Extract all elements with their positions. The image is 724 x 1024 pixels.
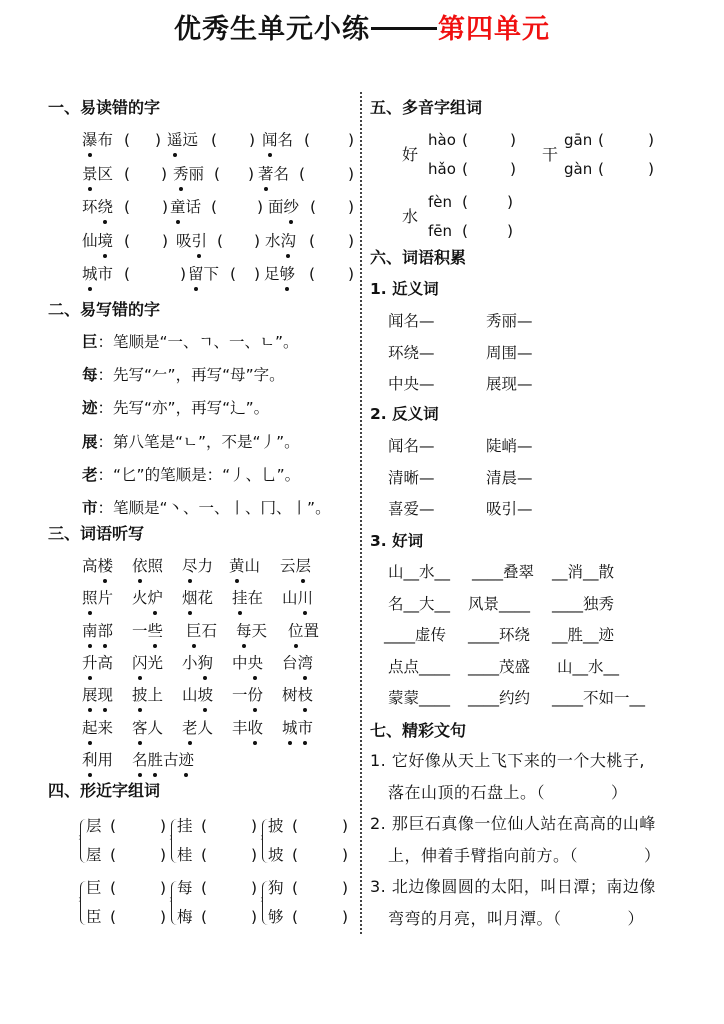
emphasized-char: 照 <box>82 587 98 609</box>
answer-paren-close: ) <box>251 844 257 866</box>
title-main: 优秀生单元小练 <box>174 14 370 45</box>
dictation-word: 树枝 <box>282 684 313 706</box>
similar-char: 桂 <box>177 844 193 866</box>
section-3-heading: 三、词语听写 <box>48 523 144 545</box>
emphasized-char: 收 <box>248 717 264 739</box>
section-1-row: 仙境()吸引()水沟() <box>0 230 360 254</box>
char: 水 <box>265 230 281 252</box>
answer-paren-open: ( <box>211 196 217 218</box>
char: 高 <box>98 652 114 674</box>
antonym-item[interactable]: 陡峭— <box>486 435 533 457</box>
answer-blank[interactable] <box>118 877 158 899</box>
answer-paren-open: ( <box>124 196 130 218</box>
char: 光 <box>148 652 164 674</box>
synonym-item[interactable]: 秀丽— <box>486 310 533 332</box>
answer-paren-close: ) <box>160 844 166 866</box>
stroke-note: 老：“匕”的笔顺是：“丿、乚”。 <box>82 464 300 486</box>
stroke-note: 市：笔顺是“丶、一、丨、冂、丨”。 <box>82 497 331 519</box>
char: 环 <box>82 196 98 218</box>
answer-blank[interactable] <box>317 263 348 285</box>
emphasized-char: 境 <box>98 230 114 252</box>
dotted-word: 环绕 <box>82 196 113 218</box>
good-word-item[interactable]: __消__散 <box>552 561 614 583</box>
char: 山 <box>182 684 198 706</box>
pinyin-label: hào <box>428 129 456 151</box>
answer-paren-close: ) <box>342 815 348 837</box>
answer-blank[interactable] <box>300 844 340 866</box>
answer-blank[interactable] <box>118 815 158 837</box>
dictation-word: 台湾 <box>282 652 313 674</box>
pinyin-label: gàn <box>564 158 592 180</box>
emphasized-char: 黄 <box>229 555 245 577</box>
answer-paren-close: ) <box>348 263 354 285</box>
answer-paren-open: ( <box>201 815 207 837</box>
sentence-line: 3. 北边像圆圆的太阳，叫日潭；南边像 <box>370 876 656 898</box>
emphasized-char: 巨 <box>186 620 202 642</box>
answer-paren-close: ) <box>342 844 348 866</box>
dotted-word: 水沟 <box>265 230 296 252</box>
stroke-char: 巨 <box>82 333 98 351</box>
char: 名 <box>274 163 290 185</box>
page-title: 优秀生单元小练第四单元 <box>0 12 724 48</box>
good-word-item[interactable]: __胜__迹 <box>552 624 614 646</box>
char: 花 <box>198 587 214 609</box>
answer-blank[interactable] <box>209 906 249 928</box>
good-word-item[interactable]: ____独秀 <box>552 593 614 615</box>
dictation-word: 起来 <box>82 717 113 739</box>
synonym-item[interactable]: 环绕— <box>388 342 435 364</box>
stroke-text: ：笔顺是“丶、一、丨、冂、丨”。 <box>98 499 331 517</box>
answer-paren-open: ( <box>211 129 217 151</box>
dictation-word: 升高 <box>82 652 113 674</box>
similar-char-item: 狗() <box>268 877 354 899</box>
dictation-word: 尽力 <box>182 555 213 577</box>
dictation-word: 闪光 <box>132 652 163 674</box>
dictation-word: 南部 <box>82 620 113 642</box>
stroke-text: ：先写“𠂉”，再写“母”字。 <box>98 366 285 384</box>
good-word-item[interactable]: 名__大__ <box>388 593 450 615</box>
dictation-row: 起来客人老人丰收城市 <box>0 717 360 741</box>
good-word-item[interactable]: ____虚传 <box>384 624 446 646</box>
good-word-item[interactable]: ____茂盛 <box>468 656 530 678</box>
char: 置 <box>304 620 320 642</box>
char: 在 <box>248 587 264 609</box>
answer-blank[interactable] <box>238 263 254 285</box>
synonym-item[interactable]: 展现— <box>486 373 533 395</box>
answer-paren-close: ) <box>254 230 260 252</box>
dictation-word: 高楼 <box>82 555 113 577</box>
answer-paren-close: ) <box>162 196 168 218</box>
dictation-word: 位置 <box>288 620 319 642</box>
answer-paren-open: ( <box>598 129 604 151</box>
answer-paren-open: ( <box>310 196 316 218</box>
sentence-line-cont: 弯弯的月亮，叫月潭。（ ） <box>388 908 644 930</box>
answer-paren-close: ) <box>160 815 166 837</box>
emphasized-char: 挂 <box>232 587 248 609</box>
emphasized-char: 位 <box>288 620 304 642</box>
answer-paren-open: ( <box>214 163 220 185</box>
dotted-word: 瀑布 <box>82 129 113 151</box>
answer-blank[interactable] <box>209 815 249 837</box>
answer-paren-open: ( <box>292 906 298 928</box>
char: 市 <box>98 263 114 285</box>
char: 远 <box>183 129 199 151</box>
stroke-note: 迹：先写“亦”，再写“辶”。 <box>82 397 269 419</box>
polyphone-char: 水 <box>402 206 418 228</box>
section-7-heading: 七、精彩文句 <box>370 720 466 742</box>
dictation-word: 客人 <box>132 717 163 739</box>
answer-blank[interactable] <box>307 163 348 185</box>
similar-char-item: 挂() <box>177 815 263 837</box>
answer-paren-open: ( <box>110 844 116 866</box>
answer-paren-open: ( <box>124 129 130 151</box>
dictation-word: 山川 <box>282 587 313 609</box>
char: 小 <box>182 652 198 674</box>
similar-char: 狗 <box>268 877 284 899</box>
char: 云 <box>280 555 296 577</box>
char: 足 <box>264 263 280 285</box>
answer-paren-close: ) <box>648 129 654 151</box>
similar-char: 披 <box>268 815 284 837</box>
answer-paren-close: ) <box>254 263 260 285</box>
good-word-item[interactable]: ____环绕 <box>468 624 530 646</box>
dotted-word: 闻名 <box>262 129 293 151</box>
column-divider <box>360 92 362 934</box>
emphasized-char: 炉 <box>148 587 164 609</box>
emphasized-char: 闻 <box>262 129 278 151</box>
stroke-text: ：“匕”的笔顺是：“丿、乚”。 <box>98 466 301 484</box>
char: 人 <box>148 717 164 739</box>
stroke-char: 展 <box>82 433 98 451</box>
good-word-item[interactable]: ____不如一__ <box>552 687 645 709</box>
dictation-row: 升高闪光小狗中央台湾 <box>0 652 360 676</box>
similar-char: 屋 <box>86 844 102 866</box>
emphasized-char: 秀 <box>173 163 189 185</box>
answer-paren-open: ( <box>309 230 315 252</box>
char: 力 <box>198 555 214 577</box>
stroke-text: ：笔顺是“一、ㄱ、一、ㄴ”。 <box>98 333 299 351</box>
answer-paren-open: ( <box>110 815 116 837</box>
char: 下 <box>204 263 220 285</box>
dictation-row: 利用名胜古迹 <box>0 749 360 773</box>
emphasized-char: 城 <box>82 263 98 285</box>
similar-char: 坡 <box>268 844 284 866</box>
good-word-item[interactable]: 点点____ <box>388 656 450 678</box>
answer-blank[interactable] <box>606 129 646 151</box>
answer-paren-close: ) <box>507 220 513 242</box>
similar-char-item: 够() <box>268 906 354 928</box>
stroke-note: 巨：笔顺是“一、ㄱ、一、ㄴ”。 <box>82 331 299 353</box>
dictation-word: 小狗 <box>182 652 213 674</box>
section-1-row: 环绕()童话()面纱() <box>0 196 360 220</box>
similar-char: 每 <box>177 877 193 899</box>
emphasized-char: 尽 <box>182 555 198 577</box>
answer-paren-close: ) <box>248 163 254 185</box>
pinyin-label: fèn <box>428 191 452 213</box>
emphasized-char: 川 <box>298 587 314 609</box>
answer-paren-close: ) <box>510 129 516 151</box>
good-word-item[interactable]: ____叠翠 <box>472 561 534 583</box>
similar-char: 臣 <box>86 906 102 928</box>
emphasized-char: 名 <box>132 749 148 771</box>
dictation-word: 城市 <box>282 717 313 739</box>
char: 天 <box>252 620 268 642</box>
sentence-line-cont: 落在山顶的石盘上。（ ） <box>388 782 628 804</box>
answer-blank[interactable] <box>132 196 162 218</box>
section-1-row: 城市()留下()足够() <box>0 263 360 287</box>
emphasized-char: 部 <box>98 620 114 642</box>
answer-blank[interactable] <box>132 230 162 252</box>
answer-paren-close: ) <box>251 815 257 837</box>
answer-paren-close: ) <box>251 906 257 928</box>
emphasized-char: 些 <box>148 620 164 642</box>
answer-paren-open: ( <box>124 163 130 185</box>
answer-blank[interactable] <box>606 158 646 180</box>
answer-blank[interactable] <box>219 196 257 218</box>
stroke-char: 迹 <box>82 399 98 417</box>
similar-char: 够 <box>268 906 284 928</box>
answer-blank[interactable] <box>132 163 161 185</box>
answer-paren-open: ( <box>292 844 298 866</box>
synonym-item[interactable]: 中央— <box>388 373 435 395</box>
similar-char-item: 每() <box>177 877 263 899</box>
answer-blank[interactable] <box>300 906 340 928</box>
char: 上 <box>148 684 164 706</box>
char: 吸 <box>176 230 192 252</box>
dotted-word: 仙境 <box>82 230 113 252</box>
char: 用 <box>98 749 114 771</box>
answer-blank[interactable] <box>209 877 249 899</box>
emphasized-char: 央 <box>248 652 264 674</box>
answer-paren-open: ( <box>201 877 207 899</box>
dictation-word: 中央 <box>232 652 263 674</box>
dictation-word: 巨石 <box>186 620 217 642</box>
stroke-char: 市 <box>82 499 98 517</box>
dictation-row: 高楼依照尽力黄山云层 <box>0 555 360 579</box>
emphasized-char: 沟 <box>281 230 297 252</box>
emphasized-char: 闪 <box>132 652 148 674</box>
section-5-heading: 五、多音字组词 <box>370 97 482 119</box>
dictation-word: 每天 <box>236 620 267 642</box>
emphasized-char: 童 <box>170 196 186 218</box>
answer-paren-open: ( <box>462 129 468 151</box>
answer-blank[interactable] <box>132 263 180 285</box>
emphasized-char: 现 <box>98 684 114 706</box>
good-word-item[interactable]: 蒙蒙____ <box>388 687 450 709</box>
dictation-word: 照片 <box>82 587 113 609</box>
synonym-item[interactable]: 周围— <box>486 342 533 364</box>
sentence-line-cont: 上，伸着手臂指向前方。（ ） <box>388 845 661 867</box>
emphasized-char: 绕 <box>98 196 114 218</box>
answer-paren-close: ) <box>160 877 166 899</box>
dictation-word: 挂在 <box>232 587 263 609</box>
answer-paren-open: ( <box>292 815 298 837</box>
dictation-word: 火炉 <box>132 587 163 609</box>
emphasized-char: 胜 <box>148 749 164 771</box>
answer-blank[interactable] <box>470 191 505 213</box>
sentence-line: 2. 那巨石真像一位仙人站在高高的山峰 <box>370 813 656 835</box>
similar-char-item: 坡() <box>268 844 354 866</box>
section-6-heading: 六、词语积累 <box>370 247 466 269</box>
answer-paren-open: ( <box>201 906 207 928</box>
pinyin-label: gān <box>564 129 592 151</box>
answer-blank[interactable] <box>470 129 508 151</box>
emphasized-char: 层 <box>296 555 312 577</box>
good-word-item[interactable]: 山__水__ <box>557 656 619 678</box>
similar-char-item: 臣() <box>86 906 172 928</box>
antonym-item[interactable]: 喜爱— <box>388 498 435 520</box>
dictation-word: 云层 <box>280 555 311 577</box>
answer-paren-open: ( <box>304 129 310 151</box>
answer-blank[interactable] <box>118 906 158 928</box>
emphasized-char: 起 <box>82 717 98 739</box>
antonym-item[interactable]: 清晰— <box>388 467 435 489</box>
dictation-word: 名胜古迹 <box>132 749 194 771</box>
similar-char-item: 巨() <box>86 877 172 899</box>
char: 一 <box>232 684 248 706</box>
answer-paren-close: ) <box>160 906 166 928</box>
stroke-note: 展：第八笔是“ㄴ”，不是“丿”。 <box>82 431 300 453</box>
emphasized-char: 披 <box>132 684 148 706</box>
answer-paren-close: ) <box>180 263 186 285</box>
answer-blank[interactable] <box>300 815 340 837</box>
answer-blank[interactable] <box>118 844 158 866</box>
char: 古 <box>163 749 179 771</box>
emphasized-char: 依 <box>132 555 148 577</box>
dictation-word: 黄山 <box>229 555 260 577</box>
emphasized-char: 升 <box>82 652 98 674</box>
answer-paren-close: ) <box>251 877 257 899</box>
dictation-word: 一份 <box>232 684 263 706</box>
dictation-word: 山坡 <box>182 684 213 706</box>
char: 布 <box>98 129 114 151</box>
answer-paren-open: ( <box>598 158 604 180</box>
answer-paren-open: ( <box>124 263 130 285</box>
answer-paren-open: ( <box>292 877 298 899</box>
answer-blank[interactable] <box>225 230 254 252</box>
section-1-row: 瀑布()遥远()闻名() <box>0 129 360 153</box>
char: 火 <box>132 587 148 609</box>
answer-paren-open: ( <box>299 163 305 185</box>
section-1-heading: 一、易读错的字 <box>48 97 160 119</box>
answer-paren-open: ( <box>230 263 236 285</box>
char: 区 <box>98 163 114 185</box>
answer-blank[interactable] <box>300 877 340 899</box>
answer-blank[interactable] <box>470 220 505 242</box>
answer-paren-open: ( <box>124 230 130 252</box>
emphasized-char: 引 <box>192 230 208 252</box>
section-2-heading: 二、易写错的字 <box>48 299 160 321</box>
emphasized-char: 老 <box>182 717 198 739</box>
dictation-word: 依照 <box>132 555 163 577</box>
answer-paren-close: ) <box>342 877 348 899</box>
stroke-text: ：第八笔是“ㄴ”，不是“丿”。 <box>98 433 300 451</box>
char: 一 <box>132 620 148 642</box>
dotted-word: 遥远 <box>167 129 198 151</box>
emphasized-char: 景 <box>82 163 98 185</box>
synonym-item[interactable]: 闻名— <box>388 310 435 332</box>
dictation-word: 烟花 <box>182 587 213 609</box>
dotted-word: 留下 <box>188 263 219 285</box>
emphasized-char: 湾 <box>298 652 314 674</box>
char: 山 <box>245 555 261 577</box>
answer-paren-close: ) <box>161 163 167 185</box>
answer-paren-close: ) <box>162 230 168 252</box>
answer-paren-open: ( <box>201 844 207 866</box>
answer-blank[interactable] <box>132 129 155 151</box>
dotted-word: 著名 <box>258 163 289 185</box>
emphasized-char: 著 <box>258 163 274 185</box>
emphasized-char: 份 <box>248 684 264 706</box>
char: 丰 <box>232 717 248 739</box>
section-4-heading: 四、形近字组词 <box>48 780 160 802</box>
emphasized-char: 坡 <box>198 684 214 706</box>
synonyms-label: 1. 近义词 <box>370 278 439 300</box>
char: 树 <box>282 684 298 706</box>
char: 丽 <box>189 163 205 185</box>
dictation-row: 南部一些巨石每天位置 <box>0 620 360 644</box>
emphasized-char: 楼 <box>98 555 114 577</box>
similar-char: 巨 <box>86 877 102 899</box>
dotted-word: 足够 <box>264 263 295 285</box>
char: 高 <box>82 555 98 577</box>
answer-paren-close: ) <box>348 129 354 151</box>
emphasized-char: 枝 <box>298 684 314 706</box>
char: 片 <box>98 587 114 609</box>
dictation-row: 照片火炉烟花挂在山川 <box>0 587 360 611</box>
dictation-word: 展现 <box>82 684 113 706</box>
emphasized-char: 客 <box>132 717 148 739</box>
answer-blank[interactable] <box>318 196 348 218</box>
answer-blank[interactable] <box>317 230 348 252</box>
answer-paren-open: ( <box>217 230 223 252</box>
char: 石 <box>202 620 218 642</box>
emphasized-char: 展 <box>82 684 98 706</box>
emphasized-char: 狗 <box>198 652 214 674</box>
emphasized-char: 留 <box>188 263 204 285</box>
section-1-row: 景区()秀丽()著名() <box>0 163 360 187</box>
answer-paren-open: ( <box>110 877 116 899</box>
answer-blank[interactable] <box>209 844 249 866</box>
antonym-item[interactable]: 清晨— <box>486 467 533 489</box>
answer-paren-open: ( <box>462 220 468 242</box>
answer-blank[interactable] <box>312 129 348 151</box>
stroke-note: 每：先写“𠂉”，再写“母”字。 <box>82 364 285 386</box>
char: 山 <box>282 587 298 609</box>
pinyin-label: hǎo <box>428 158 456 180</box>
antonym-item[interactable]: 吸引— <box>486 498 533 520</box>
emphasized-char: 够 <box>280 263 296 285</box>
answer-paren-close: ) <box>257 196 263 218</box>
polyphone-char: 好 <box>402 144 418 166</box>
answer-paren-close: ) <box>155 129 161 151</box>
answer-blank[interactable] <box>222 163 248 185</box>
antonym-item[interactable]: 闻名— <box>388 435 435 457</box>
good-word-item[interactable]: 风景____ <box>468 593 530 615</box>
char: 中 <box>232 652 248 674</box>
good-word-item[interactable]: 山__水__ <box>388 561 450 583</box>
dictation-row: 展现披上山坡一份树枝 <box>0 684 360 708</box>
answer-blank[interactable] <box>470 158 508 180</box>
answer-paren-close: ) <box>507 191 513 213</box>
good-word-item[interactable]: ____约约 <box>468 687 530 709</box>
dotted-word: 吸引 <box>176 230 207 252</box>
dotted-word: 童话 <box>170 196 201 218</box>
answer-blank[interactable] <box>219 129 249 151</box>
title-dash <box>371 27 437 30</box>
similar-char: 层 <box>86 815 102 837</box>
char: 照 <box>148 555 164 577</box>
